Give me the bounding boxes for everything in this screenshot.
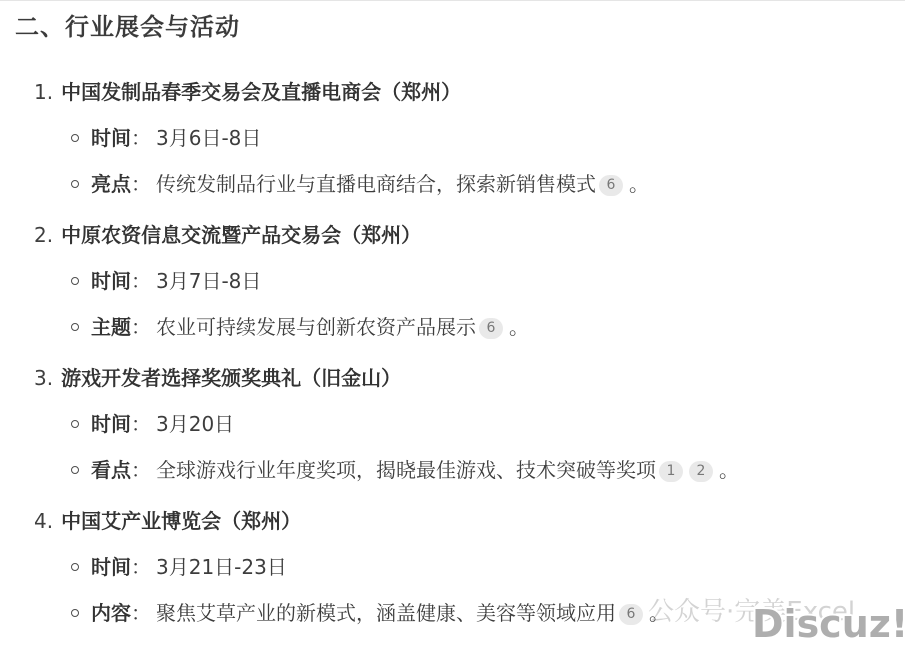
citation-badge[interactable]: 6 bbox=[599, 175, 623, 196]
citation-badge[interactable]: 2 bbox=[689, 461, 713, 482]
detail-suffix: 。 bbox=[509, 315, 529, 339]
detail-label: 时间 bbox=[91, 555, 131, 579]
event-number: 1. bbox=[34, 78, 53, 106]
event-title-row: 4.中国艾产业博览会（郑州） bbox=[34, 507, 905, 535]
circle-bullet-icon bbox=[71, 323, 79, 331]
citation-badge[interactable]: 6 bbox=[479, 318, 503, 339]
citation-badge[interactable]: 1 bbox=[659, 461, 683, 482]
detail-label: 内容 bbox=[91, 601, 131, 625]
detail-suffix: 。 bbox=[649, 601, 669, 625]
event-number: 3. bbox=[34, 364, 53, 392]
event-detail-time: 时间：3月7日-8日 bbox=[34, 267, 905, 295]
event-title: 中原农资信息交流暨产品交易会（郑州） bbox=[61, 223, 421, 247]
event-item-2: 2.中原农资信息交流暨产品交易会（郑州） 时间：3月7日-8日 主题：农业可持续… bbox=[34, 221, 905, 341]
detail-text: 全球游戏行业年度奖项，揭晓最佳游戏、技术突破等奖项 bbox=[156, 458, 656, 482]
detail-text: 3月7日-8日 bbox=[156, 269, 261, 293]
document-content: 二、行业展会与活动 1.中国发制品春季交易会及直播电商会（郑州） 时间：3月6日… bbox=[0, 1, 905, 627]
circle-bullet-icon bbox=[71, 134, 79, 142]
event-detail-time: 时间：3月6日-8日 bbox=[34, 124, 905, 152]
event-title: 游戏开发者选择奖颁奖典礼（旧金山） bbox=[61, 366, 401, 390]
detail-colon: ： bbox=[131, 269, 151, 293]
detail-text: 3月6日-8日 bbox=[156, 126, 261, 150]
document-page: 公众号·完美Excel Discuz! 二、行业展会与活动 1.中国发制品春季交… bbox=[0, 0, 905, 648]
circle-bullet-icon bbox=[71, 180, 79, 188]
event-detail-time: 时间：3月20日 bbox=[34, 410, 905, 438]
event-title-row: 1.中国发制品春季交易会及直播电商会（郑州） bbox=[34, 78, 905, 106]
detail-colon: ： bbox=[131, 458, 151, 482]
detail-colon: ： bbox=[131, 412, 151, 436]
event-detail-content: 内容：聚焦艾草产业的新模式，涵盖健康、美容等领域应用6。 bbox=[34, 599, 905, 627]
detail-colon: ： bbox=[131, 601, 151, 625]
detail-label: 看点 bbox=[91, 458, 131, 482]
event-detail-time: 时间：3月21日-23日 bbox=[34, 553, 905, 581]
event-item-4: 4.中国艾产业博览会（郑州） 时间：3月21日-23日 内容：聚焦艾草产业的新模… bbox=[34, 507, 905, 627]
circle-bullet-icon bbox=[71, 563, 79, 571]
detail-text: 农业可持续发展与创新农资产品展示 bbox=[156, 315, 476, 339]
event-item-3: 3.游戏开发者选择奖颁奖典礼（旧金山） 时间：3月20日 看点：全球游戏行业年度… bbox=[34, 364, 905, 484]
citation-badge[interactable]: 6 bbox=[619, 604, 643, 625]
event-item-1: 1.中国发制品春季交易会及直播电商会（郑州） 时间：3月6日-8日 亮点：传统发… bbox=[34, 78, 905, 198]
event-detail-theme: 主题：农业可持续发展与创新农资产品展示6。 bbox=[34, 313, 905, 341]
detail-text: 3月21日-23日 bbox=[156, 555, 287, 579]
event-title: 中国艾产业博览会（郑州） bbox=[61, 509, 301, 533]
event-detail-highlight: 亮点：传统发制品行业与直播电商结合，探索新销售模式6。 bbox=[34, 170, 905, 198]
detail-text: 传统发制品行业与直播电商结合，探索新销售模式 bbox=[156, 172, 596, 196]
detail-colon: ： bbox=[131, 315, 151, 339]
event-detail-highlight: 看点：全球游戏行业年度奖项，揭晓最佳游戏、技术突破等奖项12。 bbox=[34, 456, 905, 484]
detail-suffix: 。 bbox=[629, 172, 649, 196]
detail-text: 聚焦艾草产业的新模式，涵盖健康、美容等领域应用 bbox=[156, 601, 616, 625]
detail-colon: ： bbox=[131, 172, 151, 196]
circle-bullet-icon bbox=[71, 609, 79, 617]
detail-colon: ： bbox=[131, 126, 151, 150]
event-number: 2. bbox=[34, 221, 53, 249]
detail-label: 时间 bbox=[91, 412, 131, 436]
event-title-row: 3.游戏开发者选择奖颁奖典礼（旧金山） bbox=[34, 364, 905, 392]
detail-colon: ： bbox=[131, 555, 151, 579]
event-title-row: 2.中原农资信息交流暨产品交易会（郑州） bbox=[34, 221, 905, 249]
event-list: 1.中国发制品春季交易会及直播电商会（郑州） 时间：3月6日-8日 亮点：传统发… bbox=[0, 78, 905, 627]
circle-bullet-icon bbox=[71, 466, 79, 474]
detail-text: 3月20日 bbox=[156, 412, 234, 436]
circle-bullet-icon bbox=[71, 420, 79, 428]
event-title: 中国发制品春季交易会及直播电商会（郑州） bbox=[61, 80, 461, 104]
detail-label: 主题 bbox=[91, 315, 131, 339]
detail-label: 亮点 bbox=[91, 172, 131, 196]
detail-suffix: 。 bbox=[719, 458, 739, 482]
event-number: 4. bbox=[34, 507, 53, 535]
detail-label: 时间 bbox=[91, 126, 131, 150]
section-heading: 二、行业展会与活动 bbox=[0, 1, 905, 42]
circle-bullet-icon bbox=[71, 277, 79, 285]
detail-label: 时间 bbox=[91, 269, 131, 293]
